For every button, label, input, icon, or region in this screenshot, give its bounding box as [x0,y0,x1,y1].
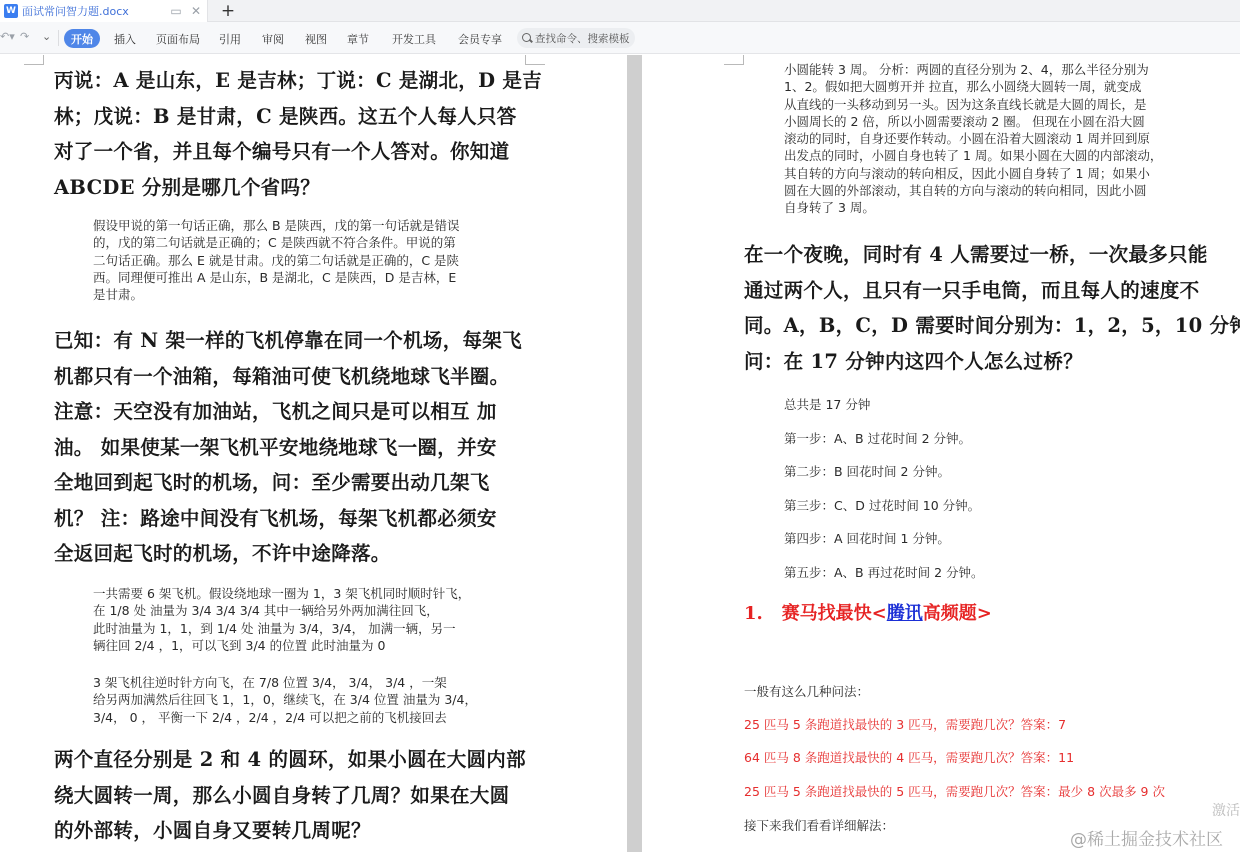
tab-member-exclusive[interactable]: 会员专享 [454,29,506,48]
text-line: 此时油量为 1，1，到 1/4 处 油量为 3/4，3/4， 加满一辆，另一 [93,620,470,637]
tab-section[interactable]: 章节 [343,29,373,48]
text-line: 机都只有一个油箱，每箱油可使飞机绕地球飞半圈。 [54,359,522,395]
section-heading-horse-race: 1. 赛马找最快<腾讯高频题> [744,599,992,625]
text-line: 的外部转，小圆自身又要转几周呢？ [54,813,526,849]
text-line: 一共需要 6 架飞机。假设绕地球一圈为 1，3 架飞机同时顺时针飞， [93,585,470,602]
text-line: 同。A，B，C，D 需要时间分别为：1，2，5，10 分钟。 [744,308,1240,344]
document-page-right: 小圆能转 3 周。 分析：两圆的直径分别为 2、4，那么半径分别为 1、2。假如… [642,55,1240,852]
new-tab-button[interactable]: + [218,1,238,21]
text-line: 3 架飞机往逆时针方向飞，在 7/8 位置 3/4， 3/4， 3/4 ，一架 [93,674,477,691]
variants-intro: 一般有这么几种问法： [744,682,869,700]
document-canvas: 丙说：A 是山东，E 是吉林；丁说：C 是湖北，D 是吉 林；戊说：B 是甘肃，… [0,55,1240,852]
heading-hyperlink[interactable]: 腾讯 [887,603,923,624]
text-line: 小圆周长的 2 倍，所以小圆需要滚动 2 圈。 但现在小圆在沿大圆 [784,113,1162,130]
redo-icon[interactable]: ↷ [20,30,29,43]
watermark: @稀土掘金技术社区 [1070,825,1223,850]
text-line: 3/4， 0 ， 平衡一下 2/4 ，2/4 ，2/4 可以把之前的飞机接回去 [93,709,477,726]
tab-review[interactable]: 审阅 [258,29,288,48]
answer-circles: 小圆能转 3 周。 分析：两圆的直径分别为 2、4，那么半径分别为 1、2。假如… [784,61,1162,217]
search-icon [521,32,533,44]
text-line: 在一个夜晚，同时有 4 人需要过一桥，一次最多只能 [744,237,1240,273]
question-provinces: 丙说：A 是山东，E 是吉林；丁说：C 是湖北，D 是吉 林；戊说：B 是甘肃，… [54,63,542,205]
text-line: 假设甲说的第一句话正确，那么 B 是陕西，戊的第一句话就是错误 [93,217,460,234]
heading-suffix: 高频题> [923,603,992,624]
window-restore-icon[interactable]: ▭ [168,3,184,19]
command-search-box[interactable]: 查找命令、搜索模板 [517,28,635,48]
variant-1: 25 匹马 5 条跑道找最快的 3 匹马，需要跑几次？答案：7 [744,715,1066,733]
close-tab-icon[interactable]: ✕ [188,3,204,19]
heading-number: 1. [744,603,763,624]
tab-references[interactable]: 引用 [215,29,245,48]
text-line: 西。同理便可推出 A 是山东，B 是湖北，C 是陕西，D 是吉林，E [93,269,460,286]
next-section-text: 接下来我们看看详细解法： [744,816,894,834]
text-line: 二句话正确。那么 E 就是甘肃。戊的第二句话就是正确的，C 是陕 [93,252,460,269]
bridge-step-3: 第三步：C、D 过花时间 10 分钟。 [784,496,980,514]
undo-icon[interactable]: ↶▾ [0,30,15,43]
text-line: 的，戊的第二句话就是正确的；C 是陕西就不符合条件。甲说的第 [93,234,460,251]
text-line: 滚动的同时，自身还要作转动。小圆在沿着大圆滚动 1 周并回到原 [784,130,1162,147]
bridge-step-5: 第五步：A、B 再过花时间 2 分钟。 [784,563,984,581]
activate-windows-text: 激活 [1212,800,1240,820]
variant-3: 25 匹马 5 条跑道找最快的 5 匹马，需要跑几次？答案：最少 8 次最多 9… [744,782,1165,800]
text-line: 自身转了 3 周。 [784,199,1162,216]
text-line: 对了一个省，并且每个编号只有一个人答对。你知道 [54,134,542,170]
bridge-step-2: 第二步：B 回花时间 2 分钟。 [784,462,950,480]
text-line: 从直线的一头移动到另一头。因为这条直线长就是大圆的周长，是 [784,96,1162,113]
bridge-step-1: 第一步：A、B 过花时间 2 分钟。 [784,429,971,447]
search-placeholder: 查找命令、搜索模板 [535,31,630,46]
text-line: 通过两个人，且只有一只手电筒，而且每人的速度不 [744,273,1240,309]
document-tab-title: 面试常问智力题.docx [22,3,129,19]
question-airplanes: 已知：有 N 架一样的飞机停靠在同一个机场，每架飞 机都只有一个油箱，每箱油可使… [54,323,522,572]
tab-view[interactable]: 视图 [301,29,331,48]
text-line: 两个直径分别是 2 和 4 的圆环，如果小圆在大圆内部 [54,742,526,778]
text-line: 在 1/8 处 油量为 3/4 3/4 3/4 其中一辆给另外两加满往回飞， [93,602,470,619]
answer-airplanes-part2: 3 架飞机往逆时针方向飞，在 7/8 位置 3/4， 3/4， 3/4 ，一架 … [93,674,477,726]
text-line: 圆在大圆的外部滚动，其自转的方向与滚动的转向相同，因此小圆 [784,182,1162,199]
text-line: 给另两加满然后往回飞 1，1，0，继续飞，在 3/4 位置 油量为 3/4， [93,691,477,708]
text-line: 问：在 17 分钟内这四个人怎么过桥？ [744,344,1240,380]
document-tab[interactable]: W 面试常问智力题.docx ▭ ✕ [0,0,208,22]
text-line: 是甘肃。 [93,286,460,303]
text-line: 林；戊说：B 是甘肃，C 是陕西。这五个人每人只答 [54,99,542,135]
text-line: 出发点的同时，小圆自身也转了 1 周。如果小圆在大圆的内部滚动， [784,147,1162,164]
tab-insert[interactable]: 插入 [110,29,140,48]
tab-developer-tools[interactable]: 开发工具 [388,29,440,48]
question-circles: 两个直径分别是 2 和 4 的圆环，如果小圆在大圆内部 绕大圆转一周，那么小圆自… [54,742,526,849]
divider [58,30,59,46]
variant-2: 64 匹马 8 条跑道找最快的 4 匹马，需要跑几次？答案：11 [744,748,1074,766]
text-line: 注意：天空没有加油站，飞机之间只是可以相互 加 [54,394,522,430]
text-line: 全地回到起飞时的机场，问：至少需要出动几架飞 [54,465,522,501]
question-bridge: 在一个夜晚，同时有 4 人需要过一桥，一次最多只能 通过两个人，且只有一只手电筒… [744,237,1240,379]
answer-airplanes-part1: 一共需要 6 架飞机。假设绕地球一圈为 1，3 架飞机同时顺时针飞， 在 1/8… [93,585,470,654]
customize-quick-access-icon[interactable]: ⌄ [42,30,51,43]
text-line: ABCDE 分别是哪几个省吗？ [54,170,542,206]
writer-app-icon: W [4,4,18,18]
heading-text: 赛马找最快< [782,603,887,624]
text-line: 已知：有 N 架一样的飞机停靠在同一个机场，每架飞 [54,323,522,359]
text-line: 丙说：A 是山东，E 是吉林；丁说：C 是湖北，D 是吉 [54,63,542,99]
answer-provinces: 假设甲说的第一句话正确，那么 B 是陕西，戊的第一句话就是错误 的，戊的第二句话… [93,217,460,303]
page-gutter [627,55,642,852]
text-line: 小圆能转 3 周。 分析：两圆的直径分别为 2、4，那么半径分别为 [784,61,1162,78]
text-line: 其自转的方向与滚动的转向相反，因此小圆自身转了 1 周；如果小 [784,165,1162,182]
tab-page-layout[interactable]: 页面布局 [152,29,204,48]
ribbon-toolbar: ↶▾ ↷ ⌄ 开始 插入 页面布局 引用 审阅 视图 章节 开发工具 会员专享 … [0,22,1240,54]
text-line: 绕大圆转一周，那么小圆自身转了几周？如果在大圆 [54,778,526,814]
bridge-total: 总共是 17 分钟 [784,395,870,413]
text-line: 1、2。假如把大圆剪开并 拉直，那么小圆绕大圆转一周，就变成 [784,78,1162,95]
text-line: 全返回起飞时的机场，不许中途降落。 [54,536,522,572]
text-line: 油。 如果使某一架飞机平安地绕地球飞一圈，并安 [54,430,522,466]
tab-home[interactable]: 开始 [64,29,100,48]
document-page-left: 丙说：A 是山东，E 是吉林；丁说：C 是湖北，D 是吉 林；戊说：B 是甘肃，… [0,55,627,852]
bridge-step-4: 第四步：A 回花时间 1 分钟。 [784,529,950,547]
text-line: 机？ 注：路途中间没有飞机场，每架飞机都必须安 [54,501,522,537]
text-line: 辆往回 2/4 ，1，可以飞到 3/4 的位置 此时油量为 0 [93,637,470,654]
title-tab-bar: W 面试常问智力题.docx ▭ ✕ + [0,0,1240,22]
